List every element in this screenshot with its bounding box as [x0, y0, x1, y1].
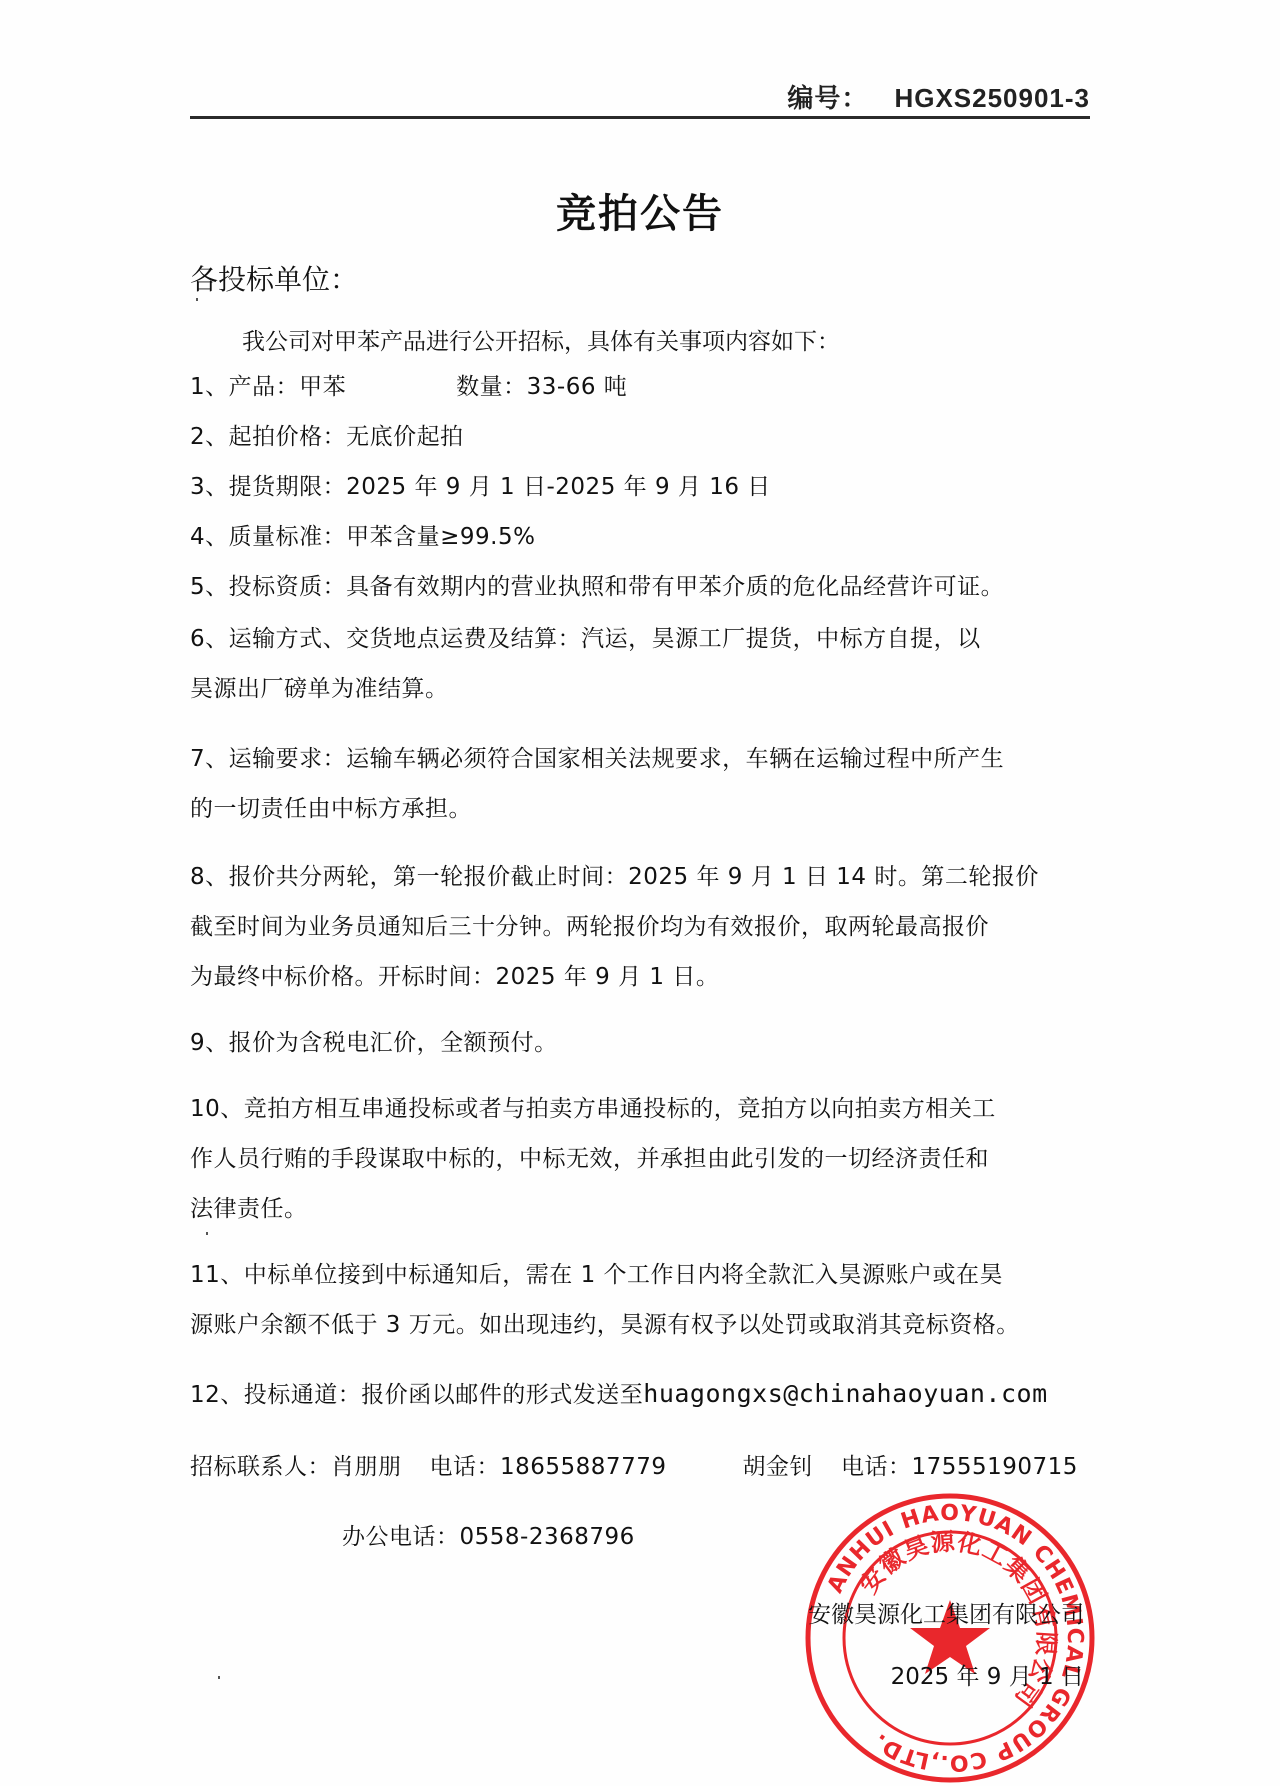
item-8-line-1: 8、报价共分两轮，第一轮报价截止时间：2025 年 9 月 1 日 14 时。第…	[190, 858, 1039, 891]
document-number-label: 编号：	[787, 84, 868, 114]
document-page: 编号：HGXS250901-3 竞拍公告 各投标单位： 我公司对甲苯产品进行公开…	[0, 0, 1280, 1786]
item-3: 3、提货期限：2025 年 9 月 1 日-2025 年 9 月 16 日	[190, 468, 771, 501]
item-12: 12、投标通道：报价函以邮件的形式发送至huagongxs@chinahaoyu…	[190, 1376, 1048, 1409]
contact-2-phone: 电话：17555190715	[841, 1454, 1078, 1480]
item-9: 9、报价为含税电汇价，全额预付。	[190, 1024, 558, 1057]
page-title: 竞拍公告	[0, 182, 1280, 239]
item-10-line-2: 作人员行贿的手段谋取中标的，中标无效，并承担由此引发的一切经济责任和	[190, 1140, 989, 1173]
contact-1-phone: 电话：18655887779	[430, 1454, 667, 1480]
item-1-product: 1、产品：甲苯	[190, 374, 346, 400]
contacts-label: 招标联系人：	[190, 1454, 331, 1480]
document-number: 编号：HGXS250901-3	[787, 78, 1090, 115]
scan-speck	[206, 1232, 208, 1235]
item-5: 5、投标资质：具备有效期内的营业执照和带有甲苯介质的危化品经营许可证。	[190, 568, 1004, 601]
intro-paragraph: 我公司对甲苯产品进行公开招标，具体有关事项内容如下：	[242, 323, 840, 356]
item-12-text: 12、投标通道：报价函以邮件的形式发送至	[190, 1382, 643, 1408]
salutation: 各投标单位：	[190, 258, 358, 298]
item-8-line-3: 为最终中标价格。开标时间：2025 年 9 月 1 日。	[190, 958, 719, 991]
header-divider	[190, 116, 1090, 119]
signature-company: 安徽昊源化工集团有限公司	[808, 1596, 1084, 1629]
contacts-line: 招标联系人：肖朋朋电话：18655887779胡金钊电话：17555190715	[190, 1448, 1078, 1481]
company-seal-icon: ANHUI HAOYUAN CHEMICAL GROUP CO.,LTD. 安徽…	[800, 1488, 1100, 1786]
scan-speck	[196, 298, 198, 301]
item-1: 1、产品：甲苯数量：33-66 吨	[190, 368, 627, 401]
item-7-line-2: 的一切责任由中标方承担。	[190, 790, 472, 823]
item-1-quantity: 数量：33-66 吨	[456, 374, 627, 400]
contact-1-name: 肖朋朋	[331, 1454, 402, 1480]
contact-2-name: 胡金钊	[742, 1454, 813, 1480]
item-2: 2、起拍价格：无底价起拍	[190, 418, 464, 451]
item-7-line-1: 7、运输要求：运输车辆必须符合国家相关法规要求，车辆在运输过程中所产生	[190, 740, 1004, 773]
item-11-line-1: 11、中标单位接到中标通知后，需在 1 个工作日内将全款汇入昊源账户或在昊	[190, 1256, 1003, 1289]
signature-date: 2025 年 9 月 1 日	[891, 1658, 1084, 1691]
submission-email[interactable]: huagongxs@chinahaoyuan.com	[643, 1379, 1047, 1408]
item-11-line-2: 源账户余额不低于 3 万元。如出现违约，昊源有权予以处罚或取消其竞标资格。	[190, 1306, 1020, 1339]
item-6-line-1: 6、运输方式、交货地点运费及结算：汽运，昊源工厂提货，中标方自提，以	[190, 620, 981, 653]
item-6-line-2: 昊源出厂磅单为准结算。	[190, 670, 449, 703]
item-10-line-1: 10、竞拍方相互串通投标或者与拍卖方串通投标的，竞拍方以向拍卖方相关工	[190, 1090, 996, 1123]
office-phone: 办公电话：0558-2368796	[342, 1518, 635, 1551]
scan-speck	[218, 1676, 220, 1679]
document-number-value: HGXS250901-3	[894, 83, 1090, 113]
item-10-line-3: 法律责任。	[190, 1190, 308, 1223]
item-4: 4、质量标准：甲苯含量≥99.5%	[190, 518, 535, 551]
item-8-line-2: 截至时间为业务员通知后三十分钟。两轮报价均为有效报价，取两轮最高报价	[190, 908, 989, 941]
